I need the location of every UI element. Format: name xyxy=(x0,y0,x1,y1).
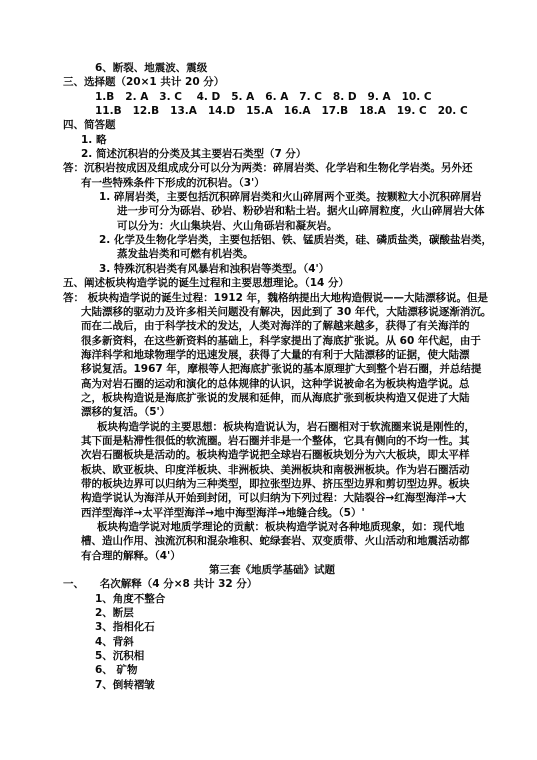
answer-line: 板块、欧亚板块、印度洋板块、非洲板块、美洲板块和南极洲板块。作为岩石圈活动 xyxy=(63,463,481,477)
answer-line: 板块构造学说的主要思想：板块构造说认为，岩石圈相对于软流圈来说是刚性的， xyxy=(63,420,481,434)
answer-line: 答： 板块构造学说的诞生过程：1912 年，魏格纳提出大地构造假说——大陆漂移说… xyxy=(63,291,481,305)
answer-list-line: 1. 碎屑岩类，主要包括沉积碎屑岩类和火山碎屑两个亚类。按颗粒大小沉积碎屑岩 xyxy=(63,190,481,204)
question-line: 1. 略 xyxy=(63,133,481,147)
term-item: 7、倒转褶皱 xyxy=(63,678,481,692)
choice-answers-row-2: 11.B 12.B 13.A 14.D 15.A 16.A 17.B 18.A … xyxy=(63,104,481,118)
answer-line: 移说复活。1967 年，摩根等人把海底扩张说的基本原理扩大到整个岩石圈，并总结提 xyxy=(63,362,481,376)
term-item: 4、背斜 xyxy=(63,635,481,649)
term-item: 3、指相化石 xyxy=(63,620,481,634)
answer-list-line: 2. 化学及生物化学岩类，主要包括铝、铁、锰质岩类，硅、磷质盐类，碳酸盐岩类， xyxy=(63,233,481,247)
term-item: 2、断层 xyxy=(63,606,481,620)
answer-line: 其下面是粘滞性很低的软流圈。岩石圈并非是一个整体，它具有侧向的不均一性。其 xyxy=(63,434,481,448)
answer-line: 带的板块边界可以归纳为三种类型，即拉张型边界、挤压型边界和剪切型边界。板块 xyxy=(63,477,481,491)
term-item: 6、 矿物 xyxy=(63,663,481,677)
answer-line: 大陆漂移的驱动力及许多相关问题没有解决，因此到了 30 年代，大陆漂移说逐渐消沉… xyxy=(63,305,481,319)
term-answer-line: 6、断裂、地震波、震级 xyxy=(63,61,481,75)
section-heading-terms: 一、 名次解释（4 分×8 共计 32 分） xyxy=(63,577,481,591)
section-heading-choice: 三、选择题（20×1 共计 20 分） xyxy=(63,75,481,89)
answer-line: 海洋科学和地球物理学的迅速发展，获得了大量的有利于大陆漂移的证据，使大陆漂 xyxy=(63,348,481,362)
section-heading-short-answer: 四、简答题 xyxy=(63,118,481,132)
answer-line: 答：沉积岩按成因及组成成分可以分为两类：碎屑岩类、化学岩和生物化学岩类。另外还 xyxy=(63,161,481,175)
document-page: 6、断裂、地震波、震级三、选择题（20×1 共计 20 分）1.B 2. A 3… xyxy=(0,0,537,760)
document-body: 6、断裂、地震波、震级三、选择题（20×1 共计 20 分）1.B 2. A 3… xyxy=(63,61,481,692)
answer-line: 有一些特殊条件下形成的沉积岩。（3'） xyxy=(63,176,481,190)
answer-line: 很多新资料，在这些新资料的基础上，科学家提出了海底扩张说。从 60 年代起，由于 xyxy=(63,334,481,348)
page-title: 第三套《地质学基础》试题 xyxy=(63,563,481,577)
answer-line: 次岩石圈板块是活动的。板块构造学说把全球岩石圈板块划分为六大板块，即太平样 xyxy=(63,448,481,462)
term-item: 1、角度不整合 xyxy=(63,592,481,606)
answer-list-line: 3. 特殊沉积岩类有风暴岩和浊积岩等类型。（4'） xyxy=(63,262,481,276)
answer-line: 漂移的复活。（5'） xyxy=(63,405,481,419)
answer-line: 槽、造山作用、浊流沉积和混杂堆积、蛇绿套岩、双变质带、火山活动和地震活动都 xyxy=(63,534,481,548)
answer-line: 而在二战后，由于科学技术的发达，人类对海洋的了解越来越多，获得了有关海洋的 xyxy=(63,319,481,333)
answer-line: 构造学说认为海洋从开始到封闭，可以归纳为下列过程：大陆裂谷→红海型海洋→大 xyxy=(63,491,481,505)
answer-line: 西洋型海洋→太平洋型海洋→地中海型海洋→地缝合线。（5）' xyxy=(63,506,481,520)
answer-line: 高为对岩石圈的运动和演化的总体规律的认识，这种学说被命名为板块构造学说。总 xyxy=(63,377,481,391)
answer-list-line: 可以分为：火山集块岩、火山角砾岩和凝灰岩。 xyxy=(63,219,481,233)
section-heading-essay: 五、阐述板块构造学说的诞生过程和主要思想理论。（14 分） xyxy=(63,276,481,290)
answer-list-line: 进一步可分为砾岩、砂岩、粉砂岩和粘土岩。据火山碎屑粒度，火山碎屑岩大体 xyxy=(63,204,481,218)
answer-list-line: 蒸发盐岩类和可燃有机岩类。 xyxy=(63,247,481,261)
term-item: 5、沉积相 xyxy=(63,649,481,663)
answer-line: 有合理的解释。（4'） xyxy=(63,549,481,563)
answer-line: 板块构造学说对地质学理论的贡献：板块构造学说对各种地质现象，如：现代地 xyxy=(63,520,481,534)
question-line: 2. 简述沉积岩的分类及其主要岩石类型（7 分） xyxy=(63,147,481,161)
choice-answers-row-1: 1.B 2. A 3. C 4. D 5. A 6. A 7. C 8. D 9… xyxy=(63,90,481,104)
answer-line: 之，板块构造说是海底扩张说的发展和延伸，而从海底扩张到板块构造又促进了大陆 xyxy=(63,391,481,405)
